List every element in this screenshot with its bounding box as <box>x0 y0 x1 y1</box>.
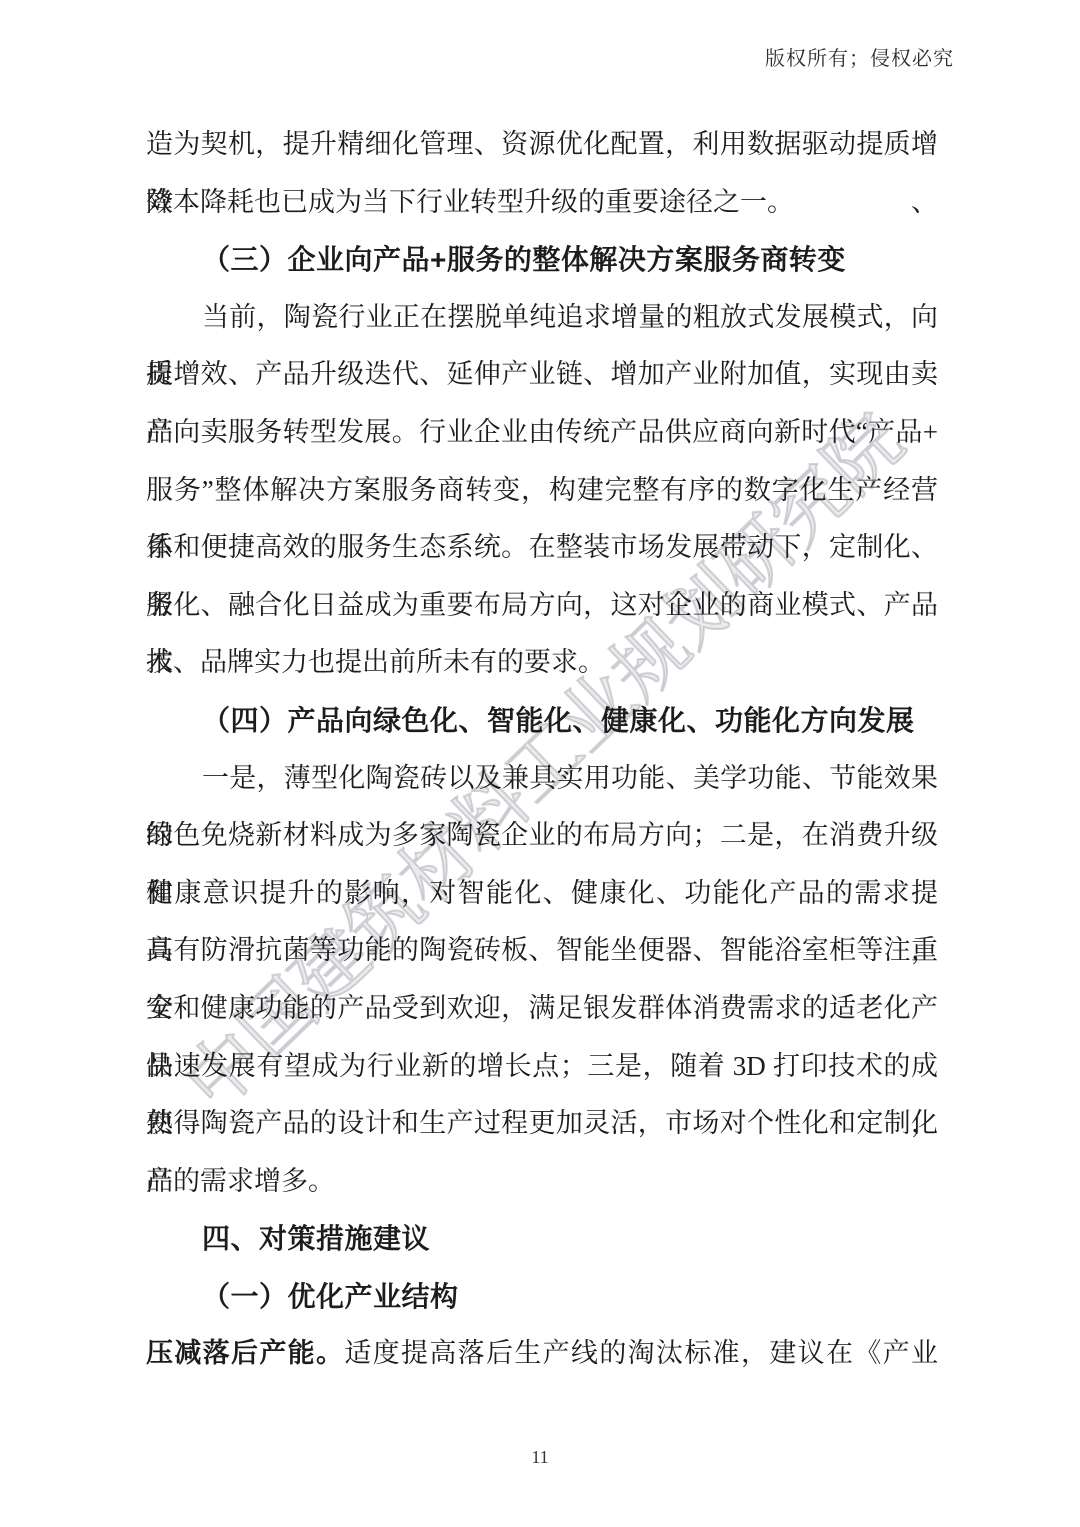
text-line: 压减落后产能。适度提高落后生产线的淘汰标准，建议在《产业 <box>146 1325 938 1383</box>
document-content: 造为契机，提升精细化管理、资源优化配置，利用数据驱动提质增效、降本降耗也已成为当… <box>146 116 938 1383</box>
bold-lead-text: 压减落后产能。 <box>146 1338 344 1368</box>
text-line: 绿色免烧新材料成为多家陶瓷企业的布局方向；二是，在消费升级和 <box>146 807 938 865</box>
text-line: 务化、融合化日益成为重要布局方向，这对企业的商业模式、产品技 <box>146 577 938 635</box>
text-line: 品向卖服务转型发展。行业企业由传统产品供应商向新时代“产品+ <box>146 404 938 462</box>
text-line: 造为契机，提升精细化管理、资源优化配置，利用数据驱动提质增效、 <box>146 116 938 174</box>
text-line: 快速发展有望成为行业新的增长点；三是，随着 3D 打印技术的成熟， <box>146 1038 938 1096</box>
text-line: 当前，陶瓷行业正在摆脱单纯追求增量的粗放式发展模式，向提 <box>146 289 938 347</box>
text-line: 品的需求增多。 <box>146 1153 938 1211</box>
text-line: 一是，薄型化陶瓷砖以及兼具实用功能、美学功能、节能效果的 <box>146 750 938 808</box>
text-line: 服务”整体解决方案服务商转变，构建完整有序的数字化生产经营体 <box>146 462 938 520</box>
text-line: 具有防滑抗菌等功能的陶瓷砖板、智能坐便器、智能浴室柜等注重安 <box>146 922 938 980</box>
text-line: 质增效、产品升级迭代、延伸产业链、增加产业附加值，实现由卖产 <box>146 346 938 404</box>
text-line: 使得陶瓷产品的设计和生产过程更加灵活，市场对个性化和定制化产 <box>146 1095 938 1153</box>
text-line: 系和便捷高效的服务生态系统。在整装市场发展带动下，定制化、服 <box>146 519 938 577</box>
heading-line: （一）优化产业结构 <box>146 1268 938 1326</box>
text-line: 全和健康功能的产品受到欢迎，满足银发群体消费需求的适老化产品 <box>146 980 938 1038</box>
page-number: 11 <box>0 1447 1080 1468</box>
heading-line: （四）产品向绿色化、智能化、健康化、功能化方向发展 <box>146 692 938 750</box>
document-page: 版权所有；侵权必究 中国建筑材料工业规划研究院 造为契机，提升精细化管理、资源优… <box>0 0 1080 1527</box>
text-line: 术、品牌实力也提出前所未有的要求。 <box>146 634 938 692</box>
heading-line: 四、对策措施建议 <box>146 1210 938 1268</box>
copyright-notice: 版权所有；侵权必究 <box>765 42 954 71</box>
text-line: 健康意识提升的影响，对智能化、健康化、功能化产品的需求提高， <box>146 865 938 923</box>
heading-line: （三）企业向产品+服务的整体解决方案服务商转变 <box>146 231 938 289</box>
